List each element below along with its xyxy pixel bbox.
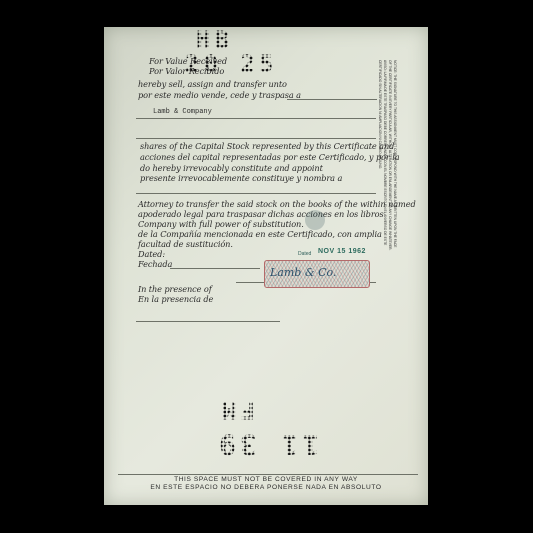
assignee-rule-2	[136, 118, 376, 119]
assignee-name: Lamb & Company	[153, 108, 212, 116]
side-notice-line-1: NOTICE: THE SIGNATURE TO THIS ASSIGNMENT…	[393, 60, 397, 247]
side-notice: NOTICE: THE SIGNATURE TO THIS ASSIGNMENT…	[371, 60, 415, 290]
shares-line-es: acciones del capital representadas por e…	[140, 153, 400, 162]
attorney-rule	[136, 193, 376, 194]
presence-label-es: En la presencia de	[138, 295, 213, 304]
shares-line-en: shares of the Capital Stock represented …	[140, 142, 394, 151]
sell-assign-transfer-es: por este medio vende, cede y traspasa a	[138, 91, 301, 100]
side-notice-line-2: OF THE CERTIFICATE IN EVERY PARTICULAR, …	[388, 60, 392, 250]
signature: Lamb & Co.	[270, 266, 336, 279]
dated-label-es: Fechada	[138, 260, 172, 269]
attorney-line-4: de la Compañía mencionada en este Certif…	[138, 230, 382, 239]
attorney-line-5: facultad de sustitución.	[138, 240, 233, 249]
footer-rule	[118, 474, 418, 475]
sell-assign-transfer-en: hereby sell, assign and transfer unto	[138, 80, 287, 89]
appoint-line-en: do hereby irrevocably constitute and app…	[140, 164, 323, 173]
footer-notice-es: EN ESTE ESPACIO NO DEBERA PONERSE NADA E…	[104, 484, 428, 492]
appoint-line-es: presente irrevocablemente constituye y n…	[140, 174, 342, 183]
ink-stamp-smudge	[305, 210, 325, 230]
footer-notice-en: THIS SPACE MUST NOT BE COVERED IN ANY WA…	[104, 476, 428, 484]
perforation-bottom-letters: FM	[218, 398, 255, 422]
dated-rule	[170, 268, 260, 269]
presence-label-en: In the presence of	[138, 285, 212, 294]
side-notice-line-4: CERTIFICADO SIN ALTERACION NI AMPLIACION…	[378, 60, 382, 169]
for-value-received-en: For Value Received	[149, 57, 227, 66]
shares-rule	[136, 138, 376, 139]
for-value-received-es: Por Valor Recibido	[149, 67, 224, 76]
stamp-dated-label: Dated	[298, 251, 311, 257]
dated-label-en: Dated:	[138, 250, 165, 259]
witness-rule	[136, 321, 280, 322]
perforation-top-letters: HB	[196, 28, 233, 52]
attorney-line-3: Company with full power of substitution.	[138, 220, 304, 229]
perforation-bottom-numbers: 11 39	[215, 432, 319, 456]
assignee-rule-1	[287, 99, 377, 100]
side-notice-line-3: AVISO: LA FIRMA DE ESTE TRASPASO DEBE CO…	[383, 60, 387, 245]
footer-notice: THIS SPACE MUST NOT BE COVERED IN ANY WA…	[104, 476, 428, 492]
attorney-line-2: apoderado legal para traspasar dichas ac…	[138, 210, 384, 219]
stamp-date: NOV 15 1962	[318, 248, 366, 255]
